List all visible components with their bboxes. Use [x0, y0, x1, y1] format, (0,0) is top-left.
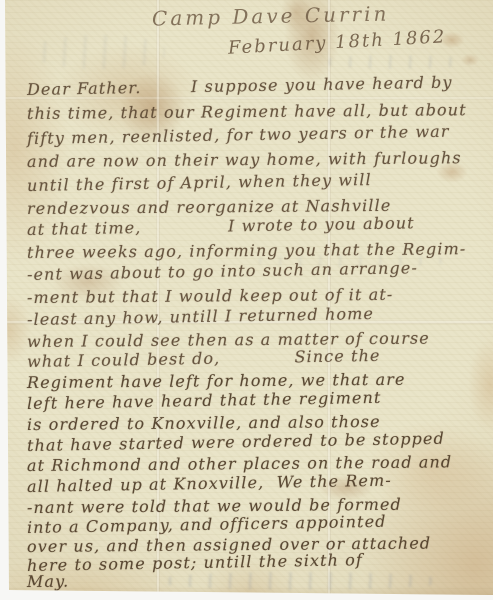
letter-scan: Camp Dave Currin February 18th 1862 Dear… [0, 0, 493, 600]
letter-line: this time, that our Regiment have all, b… [27, 100, 467, 123]
heading-date: February 18th 1862 [228, 26, 447, 58]
ink-bleed-through [35, 35, 165, 69]
heading-camp: Camp Dave Currin [152, 2, 390, 31]
letter-line: -ent was about to go into such an arrang… [27, 258, 418, 284]
letter-line: fifty men, reenlisted, for two years or … [27, 122, 450, 149]
letter-line: until the first of April, when they will [27, 170, 372, 195]
letter-line: -least any how, untill I returned home [27, 304, 374, 329]
ink-bleed-through [320, 55, 470, 69]
letter-paper: Camp Dave Currin February 18th 1862 Dear… [0, 0, 493, 600]
paper-edge-shadow [0, 586, 493, 600]
letter-line: and are now on their way home, with furl… [27, 148, 462, 171]
